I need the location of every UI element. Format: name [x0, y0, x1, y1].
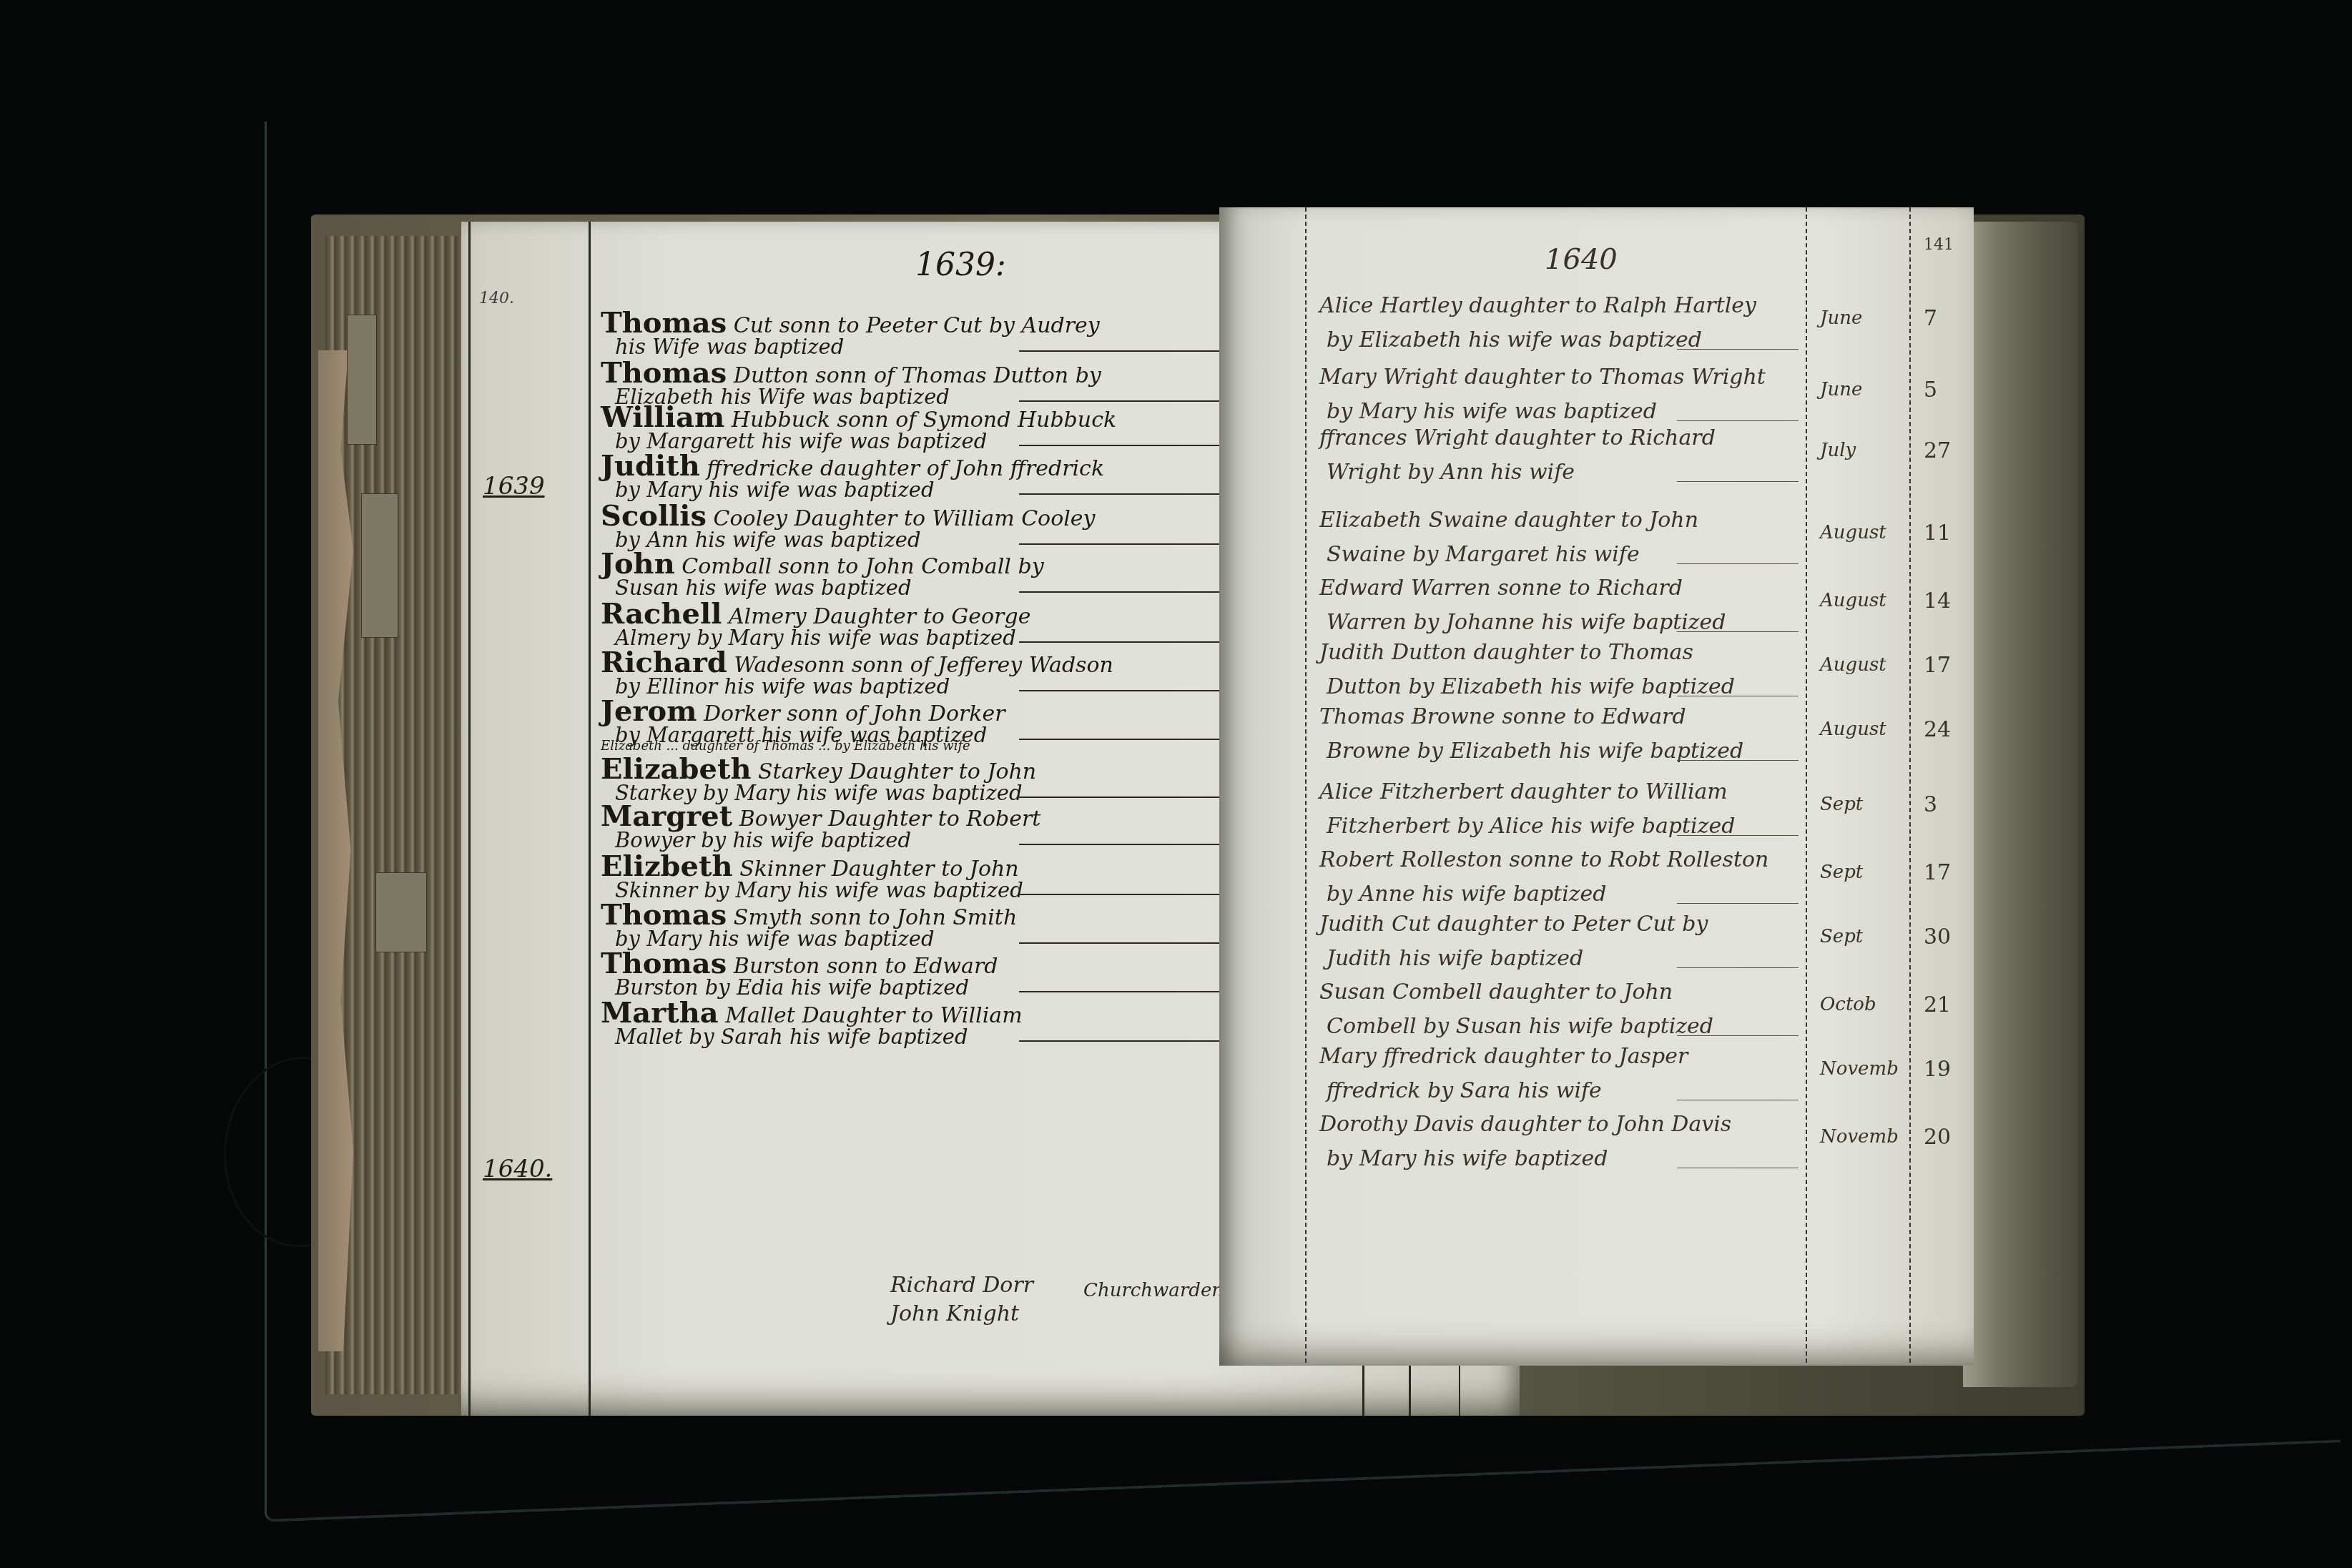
baptism-month: June	[1820, 379, 1862, 400]
folio-number: 140.	[479, 290, 514, 307]
baptism-day: 14	[1924, 588, 1951, 613]
day-column-rule	[1909, 207, 1911, 1366]
baptism-day: 7	[1924, 306, 1937, 331]
leader-line	[1677, 903, 1799, 904]
baptism-day: 20	[1924, 1125, 1951, 1150]
baptism-day: 17	[1924, 653, 1951, 678]
leader-line	[1677, 696, 1799, 696]
baptism-day: 30	[1924, 924, 1951, 950]
page-tab	[347, 315, 377, 445]
entry-line-2: his Wife was baptized	[615, 335, 844, 359]
baptism-day: 17	[1924, 860, 1951, 885]
leader-line	[1677, 1100, 1799, 1100]
margin-year: 1640.	[483, 1155, 552, 1183]
leader-line	[1677, 1035, 1799, 1036]
entry-line-2: Swaine by Margaret his wife	[1327, 542, 1640, 567]
page-tab	[361, 493, 398, 638]
signature-churchwarden-1: Richard Dorr	[890, 1273, 1033, 1298]
entry-line-2: Combell by Susan his wife baptized	[1327, 1014, 1713, 1039]
entry-line-2: by Elizabeth his wife was baptized	[1327, 327, 1702, 352]
baptism-day: 3	[1924, 792, 1937, 817]
signature-churchwarden-2: John Knight	[890, 1301, 1019, 1326]
baptism-day: 21	[1924, 992, 1951, 1017]
entry-line-2: Judith his wife baptized	[1327, 946, 1583, 971]
entry-line-1: Dorothy Davis daughter to John Davis	[1319, 1112, 1731, 1137]
baptism-month: Sept	[1820, 862, 1863, 883]
margin-rule	[589, 222, 591, 1416]
signature-role: Churchwardens	[1083, 1280, 1233, 1301]
leader-line	[1677, 563, 1799, 564]
entry-line-2: Fitzherbert by Alice his wife baptized	[1327, 814, 1735, 839]
entry-line-2: ffredrick by Sara his wife	[1327, 1078, 1602, 1103]
entry-line-1: Susan Combell daughter to John	[1319, 980, 1673, 1005]
baptism-day: 24	[1924, 717, 1951, 742]
baptism-day: 5	[1924, 378, 1937, 403]
entry-line-1: Alice Fitzherbert daughter to William	[1319, 779, 1728, 804]
entry-line-1: Thomas Browne sonne to Edward	[1319, 704, 1686, 729]
year-heading: 1639:	[915, 247, 1006, 283]
entry-line-2: Dutton by Elizabeth his wife baptized	[1327, 674, 1735, 699]
baptism-day: 11	[1924, 521, 1951, 546]
margin-rule	[468, 222, 471, 1416]
entry-line-2: Susan his wife was baptized	[615, 576, 911, 600]
right-page: 141 1640 Alice Hartley daughter to Ralph…	[1219, 207, 1974, 1366]
baptism-month: August	[1820, 719, 1886, 740]
margin-year: 1639	[483, 472, 545, 501]
baptism-month: Novemb	[1820, 1058, 1899, 1080]
page-tab	[375, 872, 427, 952]
leader-line	[1677, 1168, 1799, 1168]
entry-line-1: Edward Warren sonne to Richard	[1319, 576, 1683, 601]
entry-line-2: by Mary his wife baptized	[1327, 1146, 1608, 1171]
leader-line	[1677, 481, 1799, 482]
baptism-day: 27	[1924, 438, 1951, 463]
entry-line-2: Bowyer by his wife baptized	[615, 828, 911, 852]
leader-line	[1677, 967, 1799, 968]
baptism-month: August	[1820, 590, 1886, 611]
entry-text: Elizabeth ... daughter of Thomas ... by …	[601, 739, 970, 754]
baptism-month: June	[1820, 307, 1862, 329]
right-page-edges	[1963, 222, 2077, 1387]
year-heading: 1640	[1545, 243, 1618, 276]
entry-line-1: Judith Cut daughter to Peter Cut by	[1319, 912, 1708, 937]
baptism-month: Octob	[1820, 994, 1876, 1015]
date-column-rule	[1806, 207, 1807, 1366]
leader-line	[1677, 631, 1799, 632]
leader-line	[1677, 349, 1799, 350]
entry-line-2: by Mary his wife was baptized	[1327, 399, 1657, 424]
entry-line-2: Warren by Johanne his wife baptized	[1327, 610, 1726, 635]
leader-line	[1677, 420, 1799, 421]
entry-line-2: Wright by Ann his wife	[1327, 460, 1575, 485]
leader-line	[1677, 760, 1799, 761]
baptism-month: Novemb	[1820, 1126, 1899, 1148]
entry-line-1: Mary ffredrick daughter to Jasper	[1319, 1044, 1688, 1069]
baptism-month: August	[1820, 522, 1886, 543]
entry-line-1: ffrances Wright daughter to Richard	[1319, 425, 1716, 450]
folio-number: 141	[1924, 236, 1954, 254]
entry-line-2: Mallet by Sarah his wife baptized	[615, 1025, 968, 1049]
entry-line-2: by Mary his wife was baptized	[615, 478, 934, 502]
entry-line-1: Robert Rolleston sonne to Robt Rolleston	[1319, 847, 1768, 872]
baptism-month: August	[1820, 654, 1886, 676]
margin-rule	[1305, 207, 1307, 1366]
entry-line-1: Mary Wright daughter to Thomas Wright	[1319, 365, 1766, 390]
leader-line	[1677, 835, 1799, 836]
entry-line-1: Elizabeth ... daughter of Thomas ... by …	[601, 739, 970, 754]
entry-line-1: Elizabeth Swaine daughter to John	[1319, 508, 1698, 533]
entry-line-2: by Anne his wife baptized	[1327, 882, 1607, 907]
entry-line-1: Judith Dutton daughter to Thomas	[1319, 640, 1693, 665]
baptism-day: 19	[1924, 1057, 1951, 1082]
entry-line-1: Alice Hartley daughter to Ralph Hartley	[1319, 293, 1756, 318]
baptism-month: July	[1820, 440, 1856, 461]
baptism-month: Sept	[1820, 926, 1863, 947]
baptism-month: Sept	[1820, 794, 1863, 815]
